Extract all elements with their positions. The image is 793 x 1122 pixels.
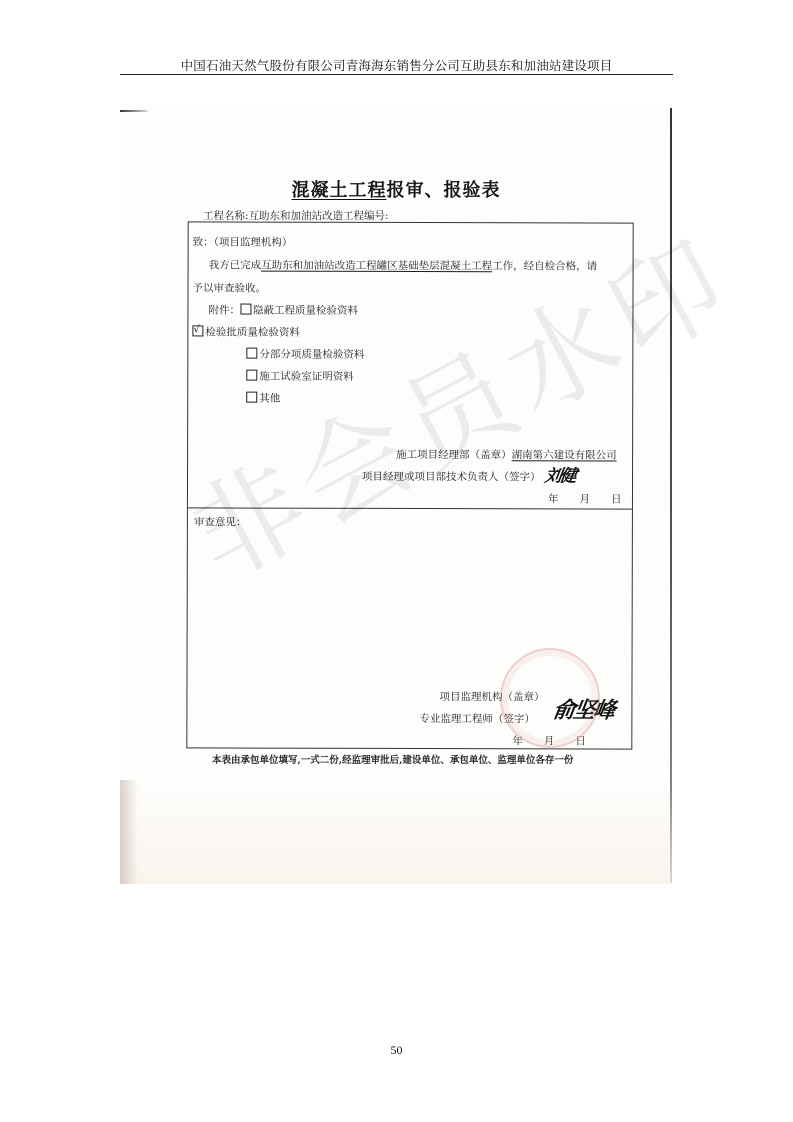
checkbox-inspection-lot[interactable] (192, 325, 203, 336)
contractor-name: 湖南第六建设有限公司 (512, 449, 617, 461)
attachment-5: 其他 (246, 391, 280, 406)
body-text-line2: 予以审查验收。 (192, 280, 266, 295)
attachment-4: 施工试验室证明资料 (246, 369, 354, 384)
attachments-label: 附件： (208, 304, 240, 316)
scan-shadow (120, 780, 138, 884)
attachment-1: 附件：隐蔽工程质量检验资料 (208, 302, 358, 317)
contractor-line: 施工项目经理部（盖章）湖南第六建设有限公司 (396, 447, 617, 463)
page-header: 中国石油天然气股份有限公司青海海东销售分公司互助县东和加油站建设项目 (120, 56, 673, 74)
form-title-rest: 报审、报验表 (387, 180, 501, 201)
addressee: 致：（项目监理机构） (193, 234, 293, 249)
manager-sign-line: 项目经理或项目部技术负责人（签字） (362, 469, 541, 484)
manager-signature: 刘健 (543, 461, 577, 486)
attachment-2: 检验批质量检验资料 (192, 324, 300, 339)
scan-edge (670, 108, 672, 883)
checkbox-lab-certificate[interactable] (246, 370, 257, 381)
form-title: 混凝土工程报审、报验表 (120, 176, 672, 202)
checkbox-other[interactable] (246, 392, 257, 403)
work-description: 互助东和加油站改造工程罐区基础垫层混凝土工程 (261, 260, 492, 273)
date-1: 年 月 日 (548, 491, 622, 506)
form-divider (188, 507, 632, 509)
form-title-underlined: 混凝土工程 (292, 180, 387, 201)
body-text: 我方已完成互助东和加油站改造工程罐区基础垫层混凝土工程工作，经自检合格，请 (209, 257, 598, 273)
form-footnote: 本表由承包单位填写,一式二份,经监理审批后,建设单位、承包单位、监理单位各存一份 (212, 752, 573, 766)
checkbox-hidden-works[interactable] (240, 304, 251, 315)
page-number: 50 (0, 1043, 793, 1058)
header-rule (120, 74, 673, 75)
project-name-label: 工程名称: (203, 210, 249, 222)
checkbox-sub-items[interactable] (246, 348, 257, 359)
project-number-label: 编号: (364, 210, 389, 222)
scan-artifact (120, 110, 148, 112)
attachment-3: 分部分项质量检验资料 (246, 347, 364, 362)
red-seal-stamp (500, 648, 600, 748)
project-name-value: 互助东和加油站改造工程 (249, 210, 365, 222)
scan-stain (120, 790, 672, 884)
review-label: 审查意见： (194, 514, 247, 529)
